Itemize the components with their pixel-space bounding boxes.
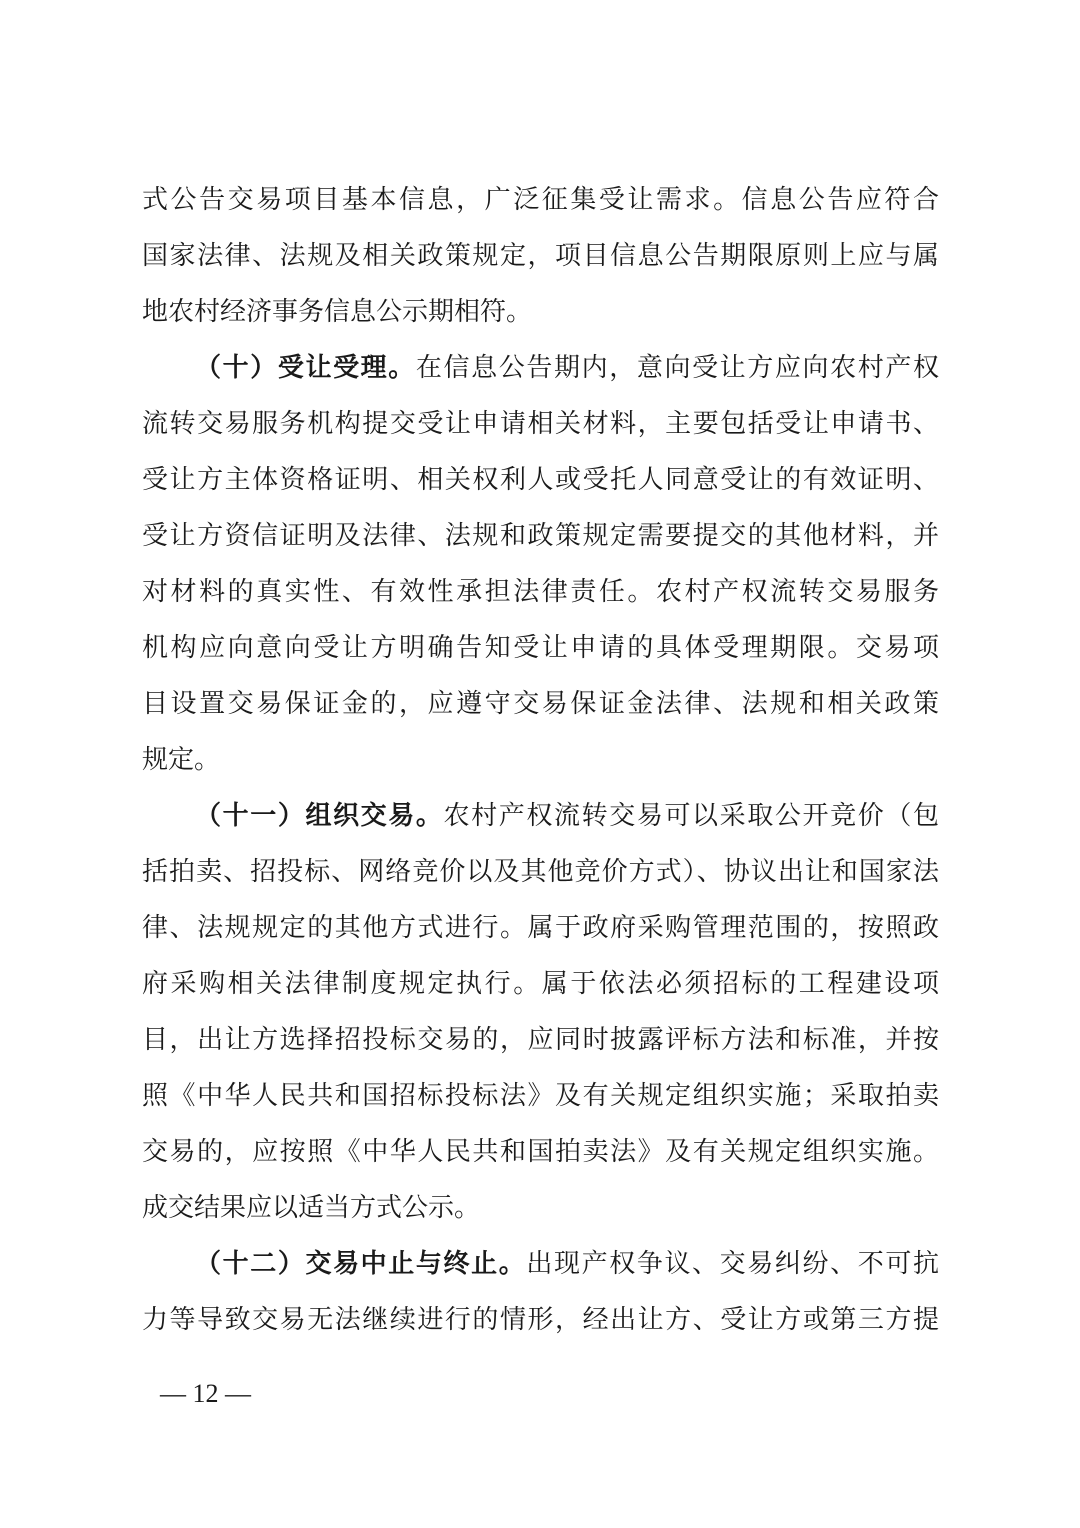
paragraph-line: 府采购相关法律制度规定执行。属于依法必须招标的工程建设项 [142, 964, 939, 1004]
paragraph-line: 规定。 [142, 740, 939, 780]
section-text: 出现产权争议、交易纠纷、不可抗 [526, 1249, 939, 1279]
paragraph-line: 成交结果应以适当方式公示。 [142, 1188, 939, 1228]
paragraph-line: 目设置交易保证金的，应遵守交易保证金法律、法规和相关政策 [142, 684, 939, 724]
paragraph-line: 机构应向意向受让方明确告知受让申请的具体受理期限。交易项 [142, 628, 939, 668]
section-11-first-line: （十一）组织交易。农村产权流转交易可以采取公开竞价（包 [195, 796, 939, 836]
paragraph-line: 照《中华人民共和国招标投标法》及有关规定组织实施；采取拍卖 [142, 1076, 939, 1116]
paragraph-line: 括拍卖、招投标、网络竞价以及其他竞价方式）、协议出让和国家法 [142, 852, 939, 892]
section-heading: （十）受让受理。 [195, 353, 416, 383]
section-12-first-line: （十二）交易中止与终止。出现产权争议、交易纠纷、不可抗 [195, 1244, 939, 1284]
section-text: 在信息公告期内，意向受让方应向农村产权 [416, 353, 939, 383]
page-number: — 12 — [160, 1377, 251, 1411]
paragraph-line: 受让方资信证明及法律、法规和政策规定需要提交的其他材料，并 [142, 516, 939, 556]
section-heading: （十二）交易中止与终止。 [195, 1249, 526, 1279]
paragraph-line: 目，出让方选择招投标交易的，应同时披露评标方法和标准，并按 [142, 1020, 939, 1060]
document-page: 式公告交易项目基本信息，广泛征集受让需求。信息公告应符合 国家法律、法规及相关政… [0, 0, 1080, 1528]
section-10-first-line: （十）受让受理。在信息公告期内，意向受让方应向农村产权 [195, 348, 939, 388]
paragraph-line: 对材料的真实性、有效性承担法律责任。农村产权流转交易服务 [142, 572, 939, 612]
paragraph-line: 国家法律、法规及相关政策规定，项目信息公告期限原则上应与属 [142, 236, 939, 276]
section-text: 农村产权流转交易可以采取公开竞价（包 [444, 801, 939, 831]
paragraph-line: 式公告交易项目基本信息，广泛征集受让需求。信息公告应符合 [142, 180, 939, 220]
section-heading: （十一）组织交易。 [195, 801, 444, 831]
paragraph-line: 律、法规规定的其他方式进行。属于政府采购管理范围的，按照政 [142, 908, 939, 948]
paragraph-line: 流转交易服务机构提交受让申请相关材料，主要包括受让申请书、 [142, 404, 939, 444]
paragraph-line: 受让方主体资格证明、相关权利人或受托人同意受让的有效证明、 [142, 460, 939, 500]
paragraph-line: 地农村经济事务信息公示期相符。 [142, 292, 939, 332]
paragraph-line: 力等导致交易无法继续进行的情形，经出让方、受让方或第三方提 [142, 1300, 939, 1340]
paragraph-line: 交易的，应按照《中华人民共和国拍卖法》及有关规定组织实施。 [142, 1132, 939, 1172]
